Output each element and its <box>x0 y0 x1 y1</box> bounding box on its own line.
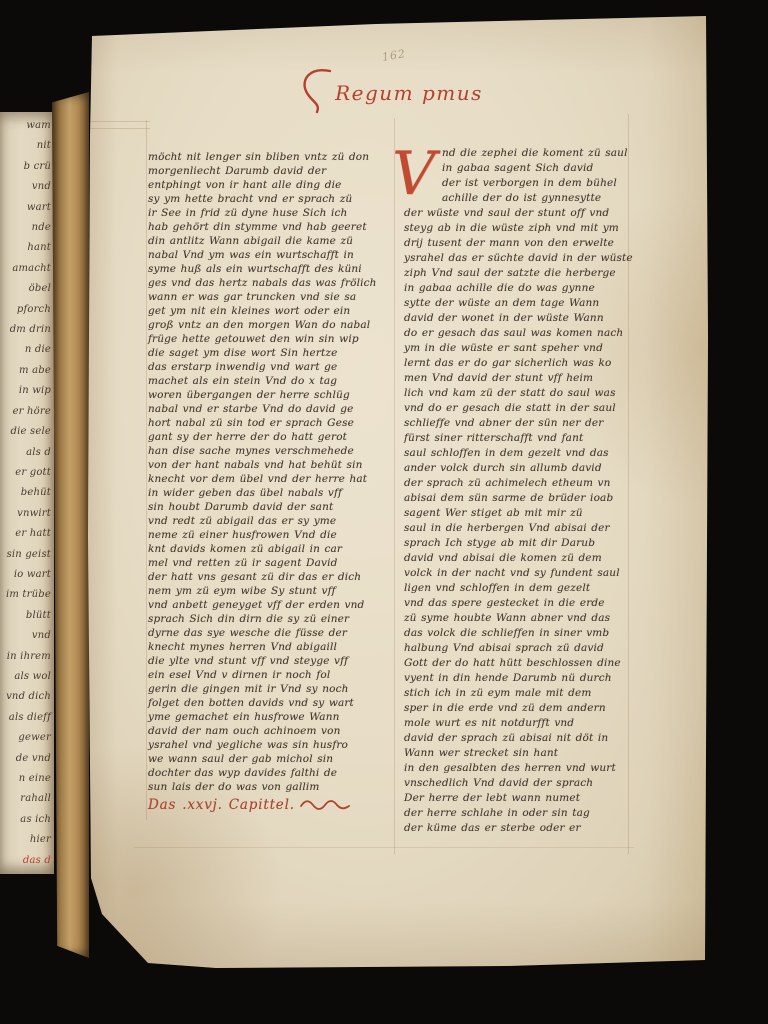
text-line: gant sy der herre der do hatt gerot <box>148 430 394 444</box>
text-line: dochter das wyp davides falthi de <box>148 766 394 780</box>
chapter-rubric-text: Das .xxvj. Capittel. <box>148 797 295 813</box>
text-line: woren übergangen der herre schlüg <box>148 388 394 402</box>
margin-fragment: als d <box>1 443 51 463</box>
text-line: din antlitz Wann abigail die kame zü <box>148 234 394 248</box>
previous-page-edge: wamnitb crüvndwartndehantamachtöbelpforc… <box>0 112 54 874</box>
text-line: vnd anbett geneyget vff der erden vnd <box>148 598 394 612</box>
right-column-lines: nd die zephei die koment zü saulin gabaa… <box>404 146 658 836</box>
margin-fragment: nde <box>1 218 51 238</box>
text-line: der herre schlahe in oder sin tag <box>404 806 658 821</box>
margin-fragment: vnd <box>1 626 51 646</box>
text-line: abisai dem sün sarme de brüder ioab <box>404 491 658 506</box>
ruling-line-left <box>146 120 147 820</box>
text-line: von der hant nabals vnd hat behüt sin <box>148 458 394 472</box>
ruling-line-column-divider <box>394 118 395 854</box>
text-line: nabal Vnd ym was ein wurtschafft in <box>148 248 394 262</box>
margin-fragment: n die <box>1 340 51 360</box>
rubric-flourish-icon <box>299 798 351 810</box>
book-fore-edge <box>52 92 89 958</box>
margin-fragment: sin geist <box>1 545 51 565</box>
text-line: sy ym hette bracht vnd er sprach zü <box>148 192 394 206</box>
margin-fragment: wart <box>1 198 51 218</box>
left-column-lines: möcht nit lenger sin bliben vntz zü donm… <box>148 150 394 794</box>
text-line: stich ich in zü eym male mit dem <box>404 686 658 701</box>
text-line: Wann wer strecket sin hant <box>404 746 658 761</box>
text-line: der hatt vns gesant zü dir das er dich <box>148 570 394 584</box>
text-line: ym in die wüste er sant speher vnd <box>404 341 658 356</box>
margin-fragments: wamnitb crüvndwartndehantamachtöbelpforc… <box>1 116 51 871</box>
text-line: Gott der do hatt hütt beschlossen dine <box>404 656 658 671</box>
text-line: syme huß als ein wurtschafft des küni <box>148 262 394 276</box>
folio-number: 162 <box>381 47 407 64</box>
text-line: knecht mynes herren Vnd abigaill <box>148 640 394 654</box>
text-line: sin houbt Darumb david der sant <box>148 500 394 514</box>
text-line: david der sprach zü abisai nit döt in <box>404 731 658 746</box>
text-line: groß vntz an den morgen Wan do nabal <box>148 318 394 332</box>
margin-fragment: io wart <box>1 565 51 585</box>
text-line: knecht vor dem übel vnd der herre hat <box>148 472 394 486</box>
text-line: die ylte vnd stunt vff vnd steyge vff <box>148 654 394 668</box>
running-title: Regum pmus <box>236 66 546 114</box>
margin-fragment: das d <box>1 851 51 871</box>
running-title-text: Regum pmus <box>335 81 483 105</box>
text-line: men Vnd david der stunt vff heim <box>404 371 658 386</box>
text-line: dyrne das sye wesche die füsse der <box>148 626 394 640</box>
text-line: der wüste vnd saul der stunt off vnd <box>404 206 658 221</box>
text-line: das erstarp inwendig vnd wart ge <box>148 360 394 374</box>
text-line: we wann saul der gab michol sin <box>148 752 394 766</box>
text-line: sper in die erde vnd zü dem andern <box>404 701 658 716</box>
text-line: saul in die herbergen Vnd abisai der <box>404 521 658 536</box>
margin-fragment: er höre <box>1 402 51 422</box>
margin-fragment: pforch <box>1 300 51 320</box>
illuminated-initial: V <box>392 148 438 206</box>
text-line: schlieffe vnd abner der sün ner der <box>404 416 658 431</box>
text-column-right: V nd die zephei die koment zü saulin gab… <box>404 146 658 836</box>
margin-fragment: hant <box>1 238 51 258</box>
margin-fragment: behüt <box>1 483 51 503</box>
text-line: volck in der nacht vnd sy fundent saul <box>404 566 658 581</box>
text-line: das volck die schlieffen in siner vmb <box>404 626 658 641</box>
margin-fragment: die sele <box>1 422 51 442</box>
text-line: vnd das spere gestecket in die erde <box>404 596 658 611</box>
text-line: neme zü einer husfrowen Vnd die <box>148 528 394 542</box>
text-line: vnd do er gesach die statt in der saul <box>404 401 658 416</box>
text-line: saul schloffen in dem gezelt vnd das <box>404 446 658 461</box>
text-line: vnschedlich Vnd david der sprach <box>404 776 658 791</box>
margin-fragment: m abe <box>1 361 51 381</box>
margin-fragment: als wol <box>1 667 51 687</box>
ruling-line-top-b <box>88 128 150 129</box>
text-line: sprach Sich din dirn die sy zü einer <box>148 612 394 626</box>
text-line: der sprach zü achimelech etheum vn <box>404 476 658 491</box>
margin-fragment: in ihrem <box>1 647 51 667</box>
margin-fragment: vnwirt <box>1 504 51 524</box>
margin-fragment: wam <box>1 116 51 136</box>
text-line: morgenliecht Darumb david der <box>148 164 394 178</box>
margin-fragment: vnd <box>1 177 51 197</box>
manuscript-page: 162 Regum pmus möcht nit lenger sin blib… <box>86 16 708 968</box>
margin-fragment: dm drin <box>1 320 51 340</box>
text-line: in den gesalbten des herren vnd wurt <box>404 761 658 776</box>
manuscript-photo: { "manuscript": { "folio_number": "162",… <box>0 0 768 1024</box>
ruling-line-top-a <box>88 121 150 122</box>
text-line: hort nabal zü sin tod er sprach Gese <box>148 416 394 430</box>
margin-fragment: b crü <box>1 157 51 177</box>
margin-fragment: rahall <box>1 789 51 809</box>
margin-fragment: vnd dich <box>1 687 51 707</box>
text-line: yme gemachet ein husfrowe Wann <box>148 710 394 724</box>
text-line: nabal vnd er starbe Vnd do david ge <box>148 402 394 416</box>
chapter-rubric: Das .xxvj. Capittel. <box>148 798 394 812</box>
margin-fragment: amacht <box>1 259 51 279</box>
text-line: ges vnd das hertz nabals das was frölich <box>148 276 394 290</box>
text-line: ysrahel das er süchte david in der wüste <box>404 251 658 266</box>
text-line: halbung Vnd abisai sprach zü david <box>404 641 658 656</box>
text-line: wann er was gar truncken vnd sie sa <box>148 290 394 304</box>
text-line: fürst siner ritterschafft vnd fant <box>404 431 658 446</box>
text-line: han dise sache mynes verschmehede <box>148 444 394 458</box>
margin-fragment: hier <box>1 830 51 850</box>
text-line: in wider geben das übel nabals vff <box>148 486 394 500</box>
text-line: steyg ab in die wüste ziph vnd mit ym <box>404 221 658 236</box>
text-line: vnd redt zü abigail das er sy yme <box>148 514 394 528</box>
text-line: nd die zephei die koment zü saul <box>404 146 658 161</box>
text-line: ysrahel vnd yegliche was sin husfro <box>148 738 394 752</box>
margin-fragment: als dieff <box>1 708 51 728</box>
text-line: entphingt von ir hant alle ding die <box>148 178 394 192</box>
text-line: in gabaa achille die do was gynne <box>404 281 658 296</box>
margin-fragment: de vnd <box>1 749 51 769</box>
text-line: ir See in frid zü dyne huse Sich ich <box>148 206 394 220</box>
text-line: david vnd abisai die komen zü dem <box>404 551 658 566</box>
margin-fragment: im trübe <box>1 585 51 605</box>
text-line: sprach Ich styge ab mit dir Darub <box>404 536 658 551</box>
text-line: ziph Vnd saul der satzte die herberge <box>404 266 658 281</box>
text-line: hab gehört din stymme vnd hab geeret <box>148 220 394 234</box>
text-line: Der herre der lebt wann numet <box>404 791 658 806</box>
text-line: vyent in din hende Darumb nü durch <box>404 671 658 686</box>
text-line: ligen vnd schloffen in dem gezelt <box>404 581 658 596</box>
margin-fragment: in wip <box>1 381 51 401</box>
margin-fragment: er gott <box>1 463 51 483</box>
margin-fragment: n eine <box>1 769 51 789</box>
text-line: ein esel Vnd v dirnen ir noch fol <box>148 668 394 682</box>
text-line: drij tusent der mann von den erwelte <box>404 236 658 251</box>
margin-fragment: öbel <box>1 279 51 299</box>
text-line: gerin die gingen mit ir Vnd sy noch <box>148 682 394 696</box>
margin-fragment: as ich <box>1 810 51 830</box>
text-line: sagent Wer stiget ab mit mir zü <box>404 506 658 521</box>
text-line: folget den botten davids vnd sy wart <box>148 696 394 710</box>
text-line: mole wurt es nit notdurfft vnd <box>404 716 658 731</box>
text-line: lernt das er do gar sicherlich was ko <box>404 356 658 371</box>
text-line: der küme das er sterbe oder er <box>404 821 658 836</box>
text-line: mel vnd retten zü ir sagent David <box>148 556 394 570</box>
ruling-line-bottom <box>134 847 634 848</box>
text-line: david der wonet in der wüste Wann <box>404 311 658 326</box>
margin-fragment: gewer <box>1 728 51 748</box>
text-line: in gabaa sagent Sich david <box>404 161 658 176</box>
text-line: lich vnd kam zü der statt do saul was <box>404 386 658 401</box>
text-line: nem ym zü eym wibe Sy stunt vff <box>148 584 394 598</box>
text-line: achille der do ist gynnesytte <box>404 191 658 206</box>
text-line: ander volck durch sin allumb david <box>404 461 658 476</box>
margin-fragment: blütt <box>1 606 51 626</box>
text-line: sun lais der do was von gallim <box>148 780 394 794</box>
text-line: zü syme houbte Wann abner vnd das <box>404 611 658 626</box>
text-line: sytte der wüste an dem tage Wann <box>404 296 658 311</box>
running-title-flourish-icon <box>299 66 333 114</box>
text-column-left: möcht nit lenger sin bliben vntz zü donm… <box>148 150 394 812</box>
text-line: früge hette getouwet den win sin wip <box>148 332 394 346</box>
text-line: machet als ein stein Vnd do x tag <box>148 374 394 388</box>
margin-fragment: er hatt <box>1 524 51 544</box>
text-line: der ist verborgen in dem bühel <box>404 176 658 191</box>
text-line: david der nam ouch achinoem von <box>148 724 394 738</box>
text-line: get ym nit ein kleines wort oder ein <box>148 304 394 318</box>
text-line: die saget ym dise wort Sin hertze <box>148 346 394 360</box>
margin-fragment: nit <box>1 136 51 156</box>
text-line: do er gesach das saul was komen nach <box>404 326 658 341</box>
text-line: möcht nit lenger sin bliben vntz zü don <box>148 150 394 164</box>
text-line: knt davids komen zü abigail in car <box>148 542 394 556</box>
